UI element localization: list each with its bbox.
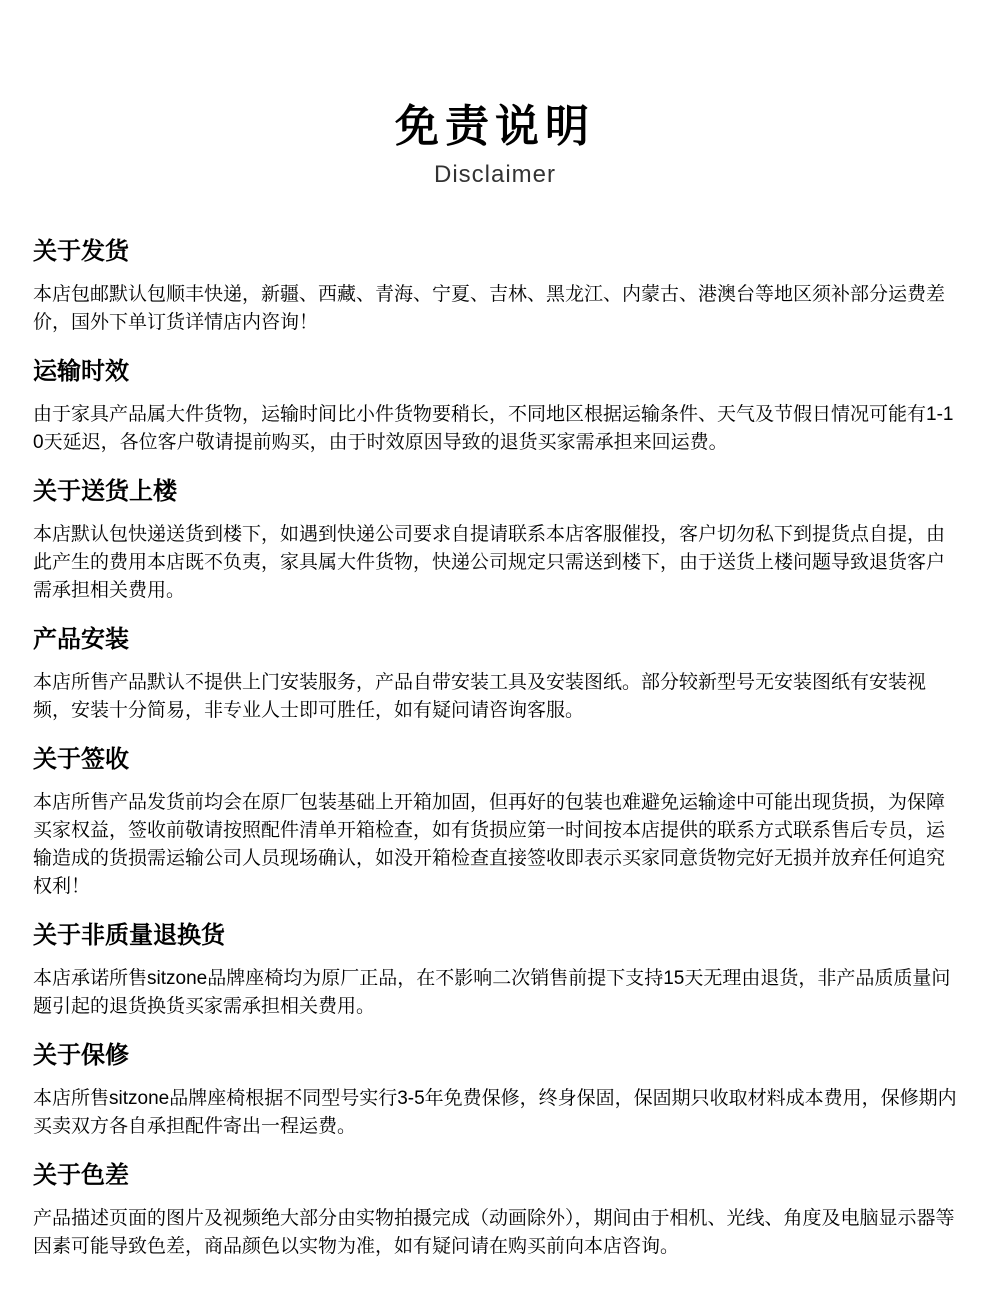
disclaimer-page: 免责说明 Disclaimer 关于发货 本店包邮默认包顺丰快递，新疆、西藏、青… xyxy=(0,0,990,1299)
section-upstairs-delivery: 关于送货上楼 本店默认包快递送货到楼下，如遇到快递公司要求自提请联系本店客服催投… xyxy=(33,477,957,605)
section-transit-time: 运输时效 由于家具产品属大件货物，运输时间比小件货物要稍长，不同地区根据运输条件… xyxy=(33,357,957,457)
section-body: 本店默认包快递送货到楼下，如遇到快递公司要求自提请联系本店客服催投，客户切勿私下… xyxy=(33,521,957,605)
title-block: 免责说明 Disclaimer xyxy=(0,0,990,189)
section-heading: 关于发货 xyxy=(33,237,957,267)
section-shipping: 关于发货 本店包邮默认包顺丰快递，新疆、西藏、青海、宁夏、吉林、黑龙江、内蒙古、… xyxy=(33,237,957,337)
page-subtitle: Disclaimer xyxy=(0,161,990,189)
section-body: 本店包邮默认包顺丰快递，新疆、西藏、青海、宁夏、吉林、黑龙江、内蒙古、港澳台等地… xyxy=(33,281,957,337)
section-body: 产品描述页面的图片及视频绝大部分由实物拍摄完成（动画除外），期间由于相机、光线、… xyxy=(33,1205,957,1261)
section-heading: 运输时效 xyxy=(33,357,957,387)
section-body: 本店所售sitzone品牌座椅根据不同型号实行3-5年免费保修，终身保固，保固期… xyxy=(33,1085,957,1141)
section-heading: 关于送货上楼 xyxy=(33,477,957,507)
disclaimer-content: 关于发货 本店包邮默认包顺丰快递，新疆、西藏、青海、宁夏、吉林、黑龙江、内蒙古、… xyxy=(0,237,990,1261)
section-installation: 产品安装 本店所售产品默认不提供上门安装服务，产品自带安装工具及安装图纸。部分较… xyxy=(33,625,957,725)
section-heading: 关于保修 xyxy=(33,1041,957,1071)
section-heading: 关于签收 xyxy=(33,745,957,775)
page-title: 免责说明 xyxy=(0,100,990,153)
section-heading: 关于色差 xyxy=(33,1161,957,1191)
section-color-difference: 关于色差 产品描述页面的图片及视频绝大部分由实物拍摄完成（动画除外），期间由于相… xyxy=(33,1161,957,1261)
section-sign-off: 关于签收 本店所售产品发货前均会在原厂包装基础上开箱加固，但再好的包装也难避免运… xyxy=(33,745,957,901)
section-body: 本店所售产品发货前均会在原厂包装基础上开箱加固，但再好的包装也难避免运输途中可能… xyxy=(33,789,957,901)
section-warranty: 关于保修 本店所售sitzone品牌座椅根据不同型号实行3-5年免费保修，终身保… xyxy=(33,1041,957,1141)
section-body: 本店所售产品默认不提供上门安装服务，产品自带安装工具及安装图纸。部分较新型号无安… xyxy=(33,669,957,725)
section-body: 由于家具产品属大件货物，运输时间比小件货物要稍长，不同地区根据运输条件、天气及节… xyxy=(33,401,957,457)
section-non-quality-returns: 关于非质量退换货 本店承诺所售sitzone品牌座椅均为原厂正品，在不影响二次销… xyxy=(33,921,957,1021)
section-body: 本店承诺所售sitzone品牌座椅均为原厂正品，在不影响二次销售前提下支持15天… xyxy=(33,965,957,1021)
section-heading: 关于非质量退换货 xyxy=(33,921,957,951)
section-heading: 产品安装 xyxy=(33,625,957,655)
